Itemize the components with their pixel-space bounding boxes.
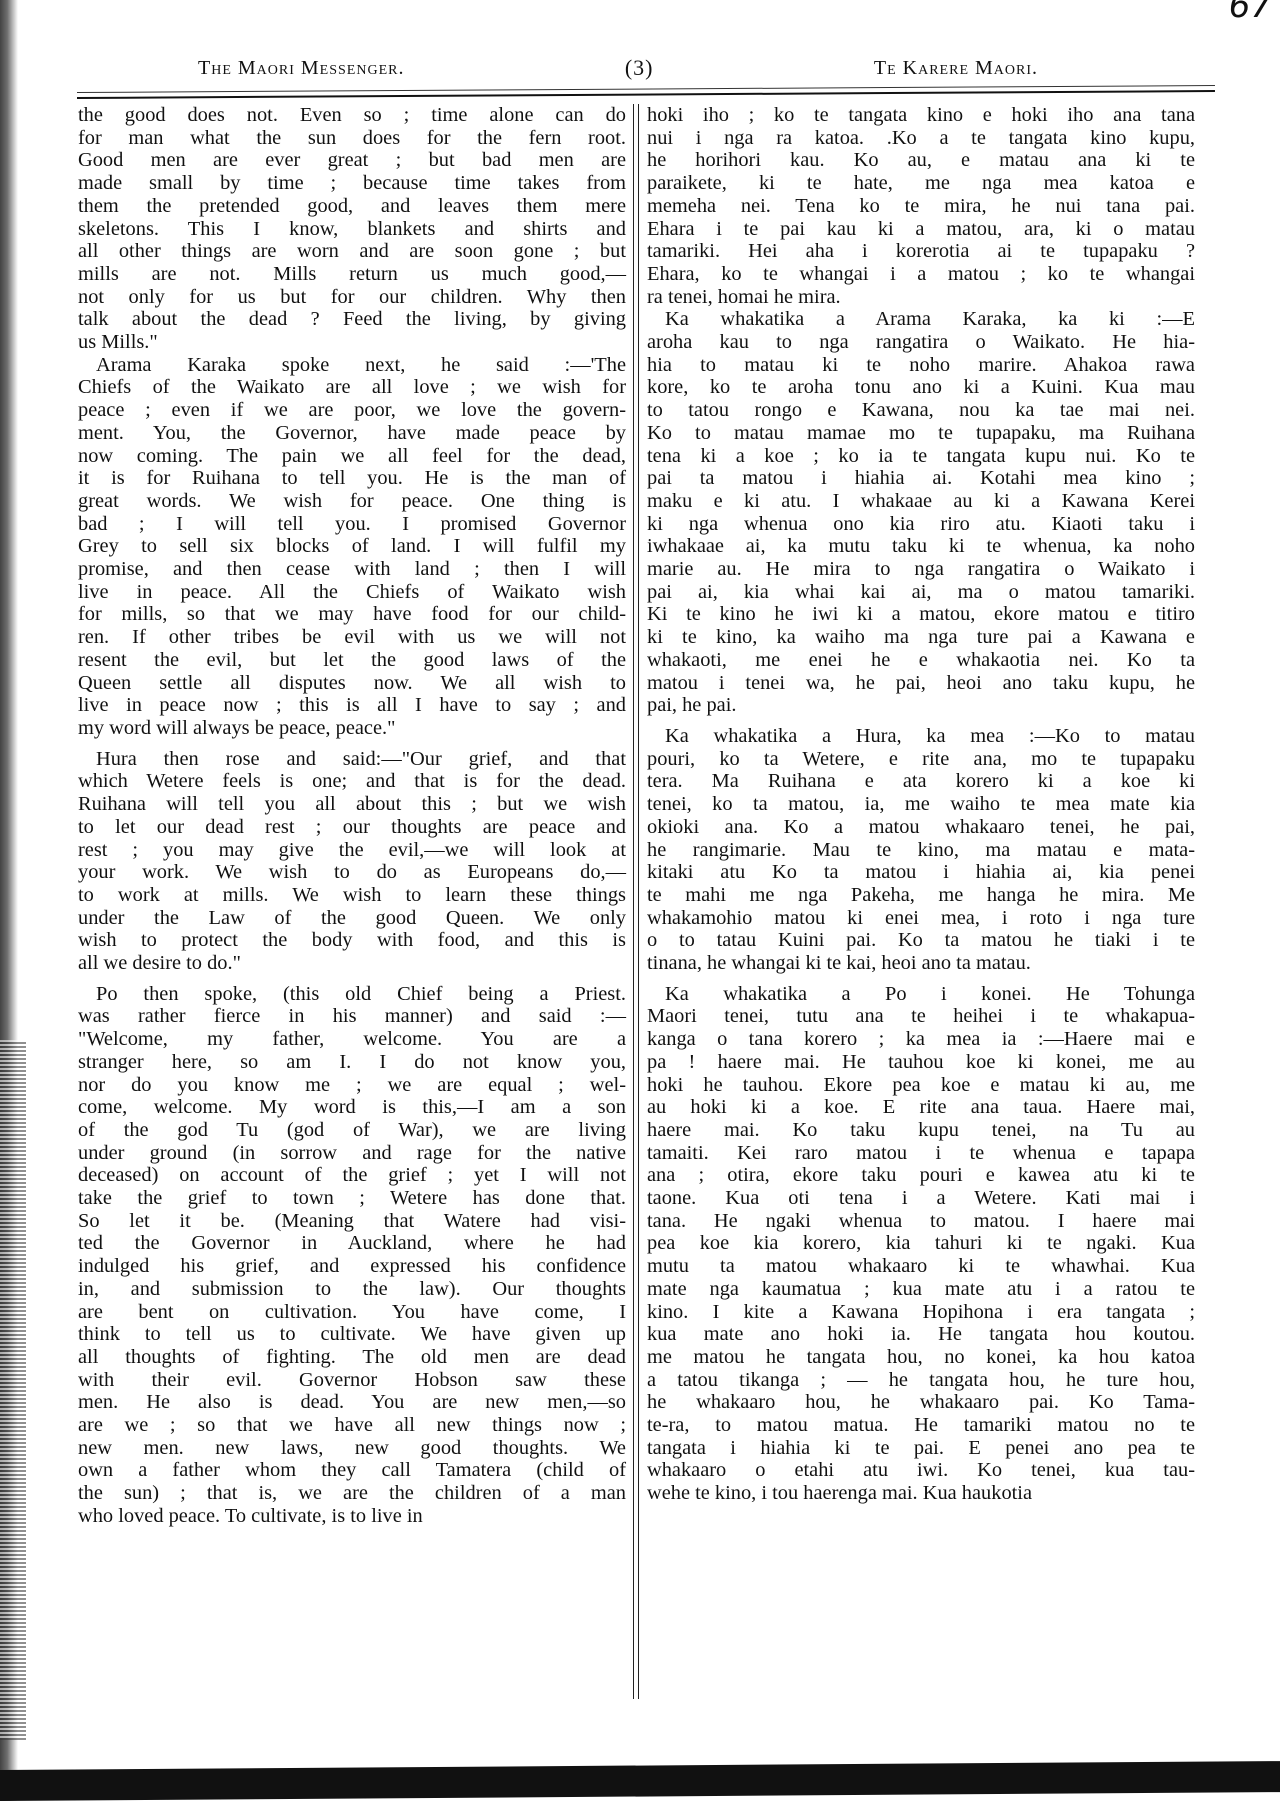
text-line: pouri, ko ta Wetere, e rite ana, mo te t… [647,748,1195,771]
text-line: he horihori kau. Ko au, e matau ana ki t… [647,149,1195,172]
text-line: mutu ta matou whakaaro ki te whawhai. Ku… [647,1255,1195,1278]
masthead-english-title: The Maori Messenger. [198,57,404,80]
text-line: okioki ana. Ko a matou whakaaro tenei, h… [647,816,1195,839]
text-line: ted the Governor in Auckland, where he h… [78,1232,626,1255]
text-line: taone. Kua oti tena i a Wetere. Kati mai… [647,1187,1195,1210]
text-line: rest ; you may give the evil,—we will lo… [78,839,626,862]
text-line: Good men are ever great ; but bad men ar… [78,149,626,172]
text-line: us Mills." [78,331,626,354]
text-line: So let it be. (Meaning that Watere had v… [78,1210,626,1233]
text-line: men. He also is dead. You are new men,—s… [78,1391,626,1414]
text-line: indulged his grief, and expressed his co… [78,1255,626,1278]
masthead-maori-title: Te Karere Maori. [874,57,1038,80]
text-line: pai ta matou i hiahia ai. Kotahi mea kin… [647,467,1195,490]
text-line: whakaoti, me enei he e whakaotia nei. Ko… [647,649,1195,672]
text-line: memeha nei. Tena ko te mira, he nui tana… [647,195,1195,218]
text-line: hoki he tauhou. Ekore pea koe e matau ki… [647,1074,1195,1097]
text-line: kino. I kite a Kawana Hopihona i era tan… [647,1301,1195,1324]
text-line: Arama Karaka spoke next, he said :—'The [78,354,626,377]
text-line: mills are not. Mills return us much good… [78,263,626,286]
text-line: live in peace now ; this is all I have t… [78,694,626,717]
text-line: to tatou rongo e Kawana, nou ka tae mai … [647,399,1195,422]
text-line: me matou he tangata hou, no konei, ka ho… [647,1346,1195,1369]
text-line: hoki iho ; ko te tangata kino e hoki iho… [647,104,1195,127]
text-line: tenei, ko ta matou, ia, me waiho te mea … [647,793,1195,816]
text-line: tena ki a koe ; ko ia te tangata kupu nu… [647,445,1195,468]
text-line: Ehara i te pai kau ki a matou, ara, ki o… [647,218,1195,241]
english-column: the good does not. Even so ; time alone … [78,104,626,1704]
text-line: Po then spoke, (this old Chief being a P… [78,983,626,1006]
paragraph: Ka whakatika a Po i konei. He TohungaMao… [647,983,1195,1505]
text-line: ra tenei, homai he mira. [647,286,1195,309]
text-line: made small by time ; because time takes … [78,172,626,195]
text-line: matou i tenei wa, he pai, heoi ano taku … [647,672,1195,695]
text-line: mate nga kaumatua ; kua mate atu i a rat… [647,1278,1195,1301]
text-line: Ruihana will tell you all about this ; b… [78,793,626,816]
text-line: kanga o tana korero ; ka mea ia :—Haere … [647,1028,1195,1051]
text-line: for man what the sun does for the fern r… [78,127,626,150]
text-line: my word will always be peace, peace." [78,717,626,740]
text-line: pai ai, kia whai kai ai, ma o matou tama… [647,581,1195,604]
text-line: Ka whakatika a Po i konei. He Tohunga [647,983,1195,1006]
text-line: the sun) ; that is, we are the children … [78,1482,626,1505]
text-line: to let our dead rest ; our thoughts are … [78,816,626,839]
text-line: to work at mills. We wish to learn these… [78,884,626,907]
text-line: tangata i hiahia ki te pai. E penei ano … [647,1437,1195,1460]
text-line: te mahi me nga Pakeha, me hanga he mira.… [647,884,1195,907]
text-line: all thoughts of fighting. The old men ar… [78,1346,626,1369]
text-line: who loved peace. To cultivate, is to liv… [78,1505,626,1528]
text-line: are bent on cultivation. You have come, … [78,1301,626,1324]
handwritten-page-number: 67 [1229,0,1272,26]
text-line: now coming. The pain we all feel for the… [78,445,626,468]
scan-shadow-bottom [0,1761,1280,1801]
text-line: Grey to sell six blocks of land. I will … [78,535,626,558]
text-line: take the grief to town ; Wetere has done… [78,1187,626,1210]
text-line: promise, and then cease with land ; then… [78,558,626,581]
text-line: ana ; otira, ekore taku pouri e kawea at… [647,1164,1195,1187]
text-line: aroha kau to nga rangatira o Waikato. He… [647,331,1195,354]
text-line: whakamohio matou ki enei mea, i roto i n… [647,907,1195,930]
text-line: ki nga whenua ono kia riro atu. Kiaoti t… [647,513,1195,536]
text-line: pai, he pai. [647,694,1195,717]
paragraph: Arama Karaka spoke next, he said :—'TheC… [78,354,626,740]
text-line: paraikete, ki te hate, me nga mea katoa … [647,172,1195,195]
text-line: kitaki atu Ko ta matou i hiahia ai, kia … [647,861,1195,884]
text-line: hia to matau ki te noho marire. Ahakoa r… [647,354,1195,377]
text-line: not only for us but for our children. Wh… [78,286,626,309]
text-line: iwhakaae ai, ka mutu taku ki te whenua, … [647,535,1195,558]
text-line: tamaiti. Kei raro matou i te whenua e ta… [647,1142,1195,1165]
text-line: tamariki. Hei aha i korerotia ai te tupa… [647,240,1195,263]
text-line: new men. new laws, new good thoughts. We [78,1437,626,1460]
text-line: Ka whakatika a Arama Karaka, ka ki :—E [647,308,1195,331]
text-line: pea koe kia korero, kia tahuri ki te nga… [647,1232,1195,1255]
text-line: tana. He ngaki whenua to matou. I haere … [647,1210,1195,1233]
masthead: The Maori Messenger. (3) Te Karere Maori… [188,48,1048,88]
text-line: Ki te kino he iwi ki a matou, ekore mato… [647,603,1195,626]
text-line: pa ! haere mai. He tauhou koe ki konei, … [647,1051,1195,1074]
text-line: the good does not. Even so ; time alone … [78,104,626,127]
column-divider [633,104,639,1699]
text-line: with their evil. Governor Hobson saw the… [78,1369,626,1392]
text-line: marie au. He mira to nga rangatira o Wai… [647,558,1195,581]
text-line: for mills, so that we may have food for … [78,603,626,626]
text-line: stranger here, so am I. I do not know yo… [78,1051,626,1074]
text-line: Ko to matau mamae mo te tupapaku, ma Rui… [647,422,1195,445]
text-line: he rangimarie. Mau te kino, ma matau e m… [647,839,1195,862]
text-line: ment. You, the Governor, have made peace… [78,422,626,445]
text-line: them the pretended good, and leaves them… [78,195,626,218]
text-line: skeletons. This I know, blankets and shi… [78,218,626,241]
text-line: tinana, he whangai ki te kai, heoi ano t… [647,952,1195,975]
text-line: which Wetere feels is one; and that is f… [78,770,626,793]
text-line: Ehara, ko te whangai i a matou ; ko te w… [647,263,1195,286]
page-number: (3) [625,55,654,81]
text-line: deceased) on account of the grief ; yet … [78,1164,626,1187]
maori-column: hoki iho ; ko te tangata kino e hoki iho… [647,104,1195,1704]
text-line: kua mate ano hoki ia. He tangata hou kou… [647,1323,1195,1346]
paragraph: Hura then rose and said:—"Our grief, and… [78,748,626,975]
text-line: "Welcome, my father, welcome. You are a [78,1028,626,1051]
text-line: it is for Ruihana to tell you. He is the… [78,467,626,490]
text-line: under the Law of the good Queen. We only [78,907,626,930]
text-line: whakaaro o etahi atu iwi. Ko tenei, kua … [647,1459,1195,1482]
text-line: te-ra, to matou matua. He tamariki matou… [647,1414,1195,1437]
paragraph: Ka whakatika a Arama Karaka, ka ki :—Ear… [647,308,1195,717]
text-line: Chiefs of the Waikato are all love ; we … [78,376,626,399]
text-line: Hura then rose and said:—"Our grief, and… [78,748,626,771]
text-line: maku e ki atu. I whakaae au ki a Kawana … [647,490,1195,513]
text-line: he whakaaro hou, he whakaaro pai. Ko Tam… [647,1391,1195,1414]
text-line: haere mai. Ko taku kupu tenei, na Tu au [647,1119,1195,1142]
text-line: under ground (in sorrow and rage for the… [78,1142,626,1165]
text-line: resent the evil, but let the good laws o… [78,649,626,672]
text-line: great words. We wish for peace. One thin… [78,490,626,513]
text-line: are we ; so that we have all new things … [78,1414,626,1437]
paragraph: the good does not. Even so ; time alone … [78,104,626,354]
text-line: in, and submission to the law). Our thou… [78,1278,626,1301]
text-line: au hoki ki a koe. E rite ana taua. Haere… [647,1096,1195,1119]
paragraph: hoki iho ; ko te tangata kino e hoki iho… [647,104,1195,308]
text-line: peace ; even if we are poor, we love the… [78,399,626,422]
text-line: your work. We wish to do as Europeans do… [78,861,626,884]
text-line: own a father whom they call Tamatera (ch… [78,1459,626,1482]
text-line: wehe te kino, i tou haerenga mai. Kua ha… [647,1482,1195,1505]
text-line: Queen settle all disputes now. We all wi… [78,672,626,695]
text-line: nui i nga ra katoa. .Ko a te tangata kin… [647,127,1195,150]
text-line: talk about the dead ? Feed the living, b… [78,308,626,331]
text-line: live in peace. All the Chiefs of Waikato… [78,581,626,604]
paragraph: Ka whakatika a Hura, ka mea :—Ko to mata… [647,725,1195,975]
text-line: a tatou tikanga ; — he tangata hou, he t… [647,1369,1195,1392]
text-line: nor do you know me ; we are equal ; wel- [78,1074,626,1097]
text-line: of the god Tu (god of War), we are livin… [78,1119,626,1142]
text-line: come, welcome. My word is this,—I am a s… [78,1096,626,1119]
text-line: tera. Ma Ruihana e ata korero ki a koe k… [647,770,1195,793]
text-line: ki te kino, ka waiho ma nga ture pai a K… [647,626,1195,649]
text-line: all other things are worn and are soon g… [78,240,626,263]
scan-noise-left [0,1040,26,1740]
text-line: wish to protect the body with food, and … [78,929,626,952]
paragraph: Po then spoke, (this old Chief being a P… [78,983,626,1528]
text-line: was rather fierce in his manner) and sai… [78,1005,626,1028]
text-line: Maori tenei, tutu ana te heihei i te wha… [647,1005,1195,1028]
text-line: ren. If other tribes be evil with us we … [78,626,626,649]
text-line: all we desire to do." [78,952,626,975]
text-line: think to tell us to cultivate. We have g… [78,1323,626,1346]
text-line: Ka whakatika a Hura, ka mea :—Ko to mata… [647,725,1195,748]
text-line: o to tatau Kuini pai. Ko ta matou he tia… [647,929,1195,952]
text-line: bad ; I will tell you. I promised Govern… [78,513,626,536]
text-line: kore, ko te aroha tonu ano ki a Kuini. K… [647,376,1195,399]
